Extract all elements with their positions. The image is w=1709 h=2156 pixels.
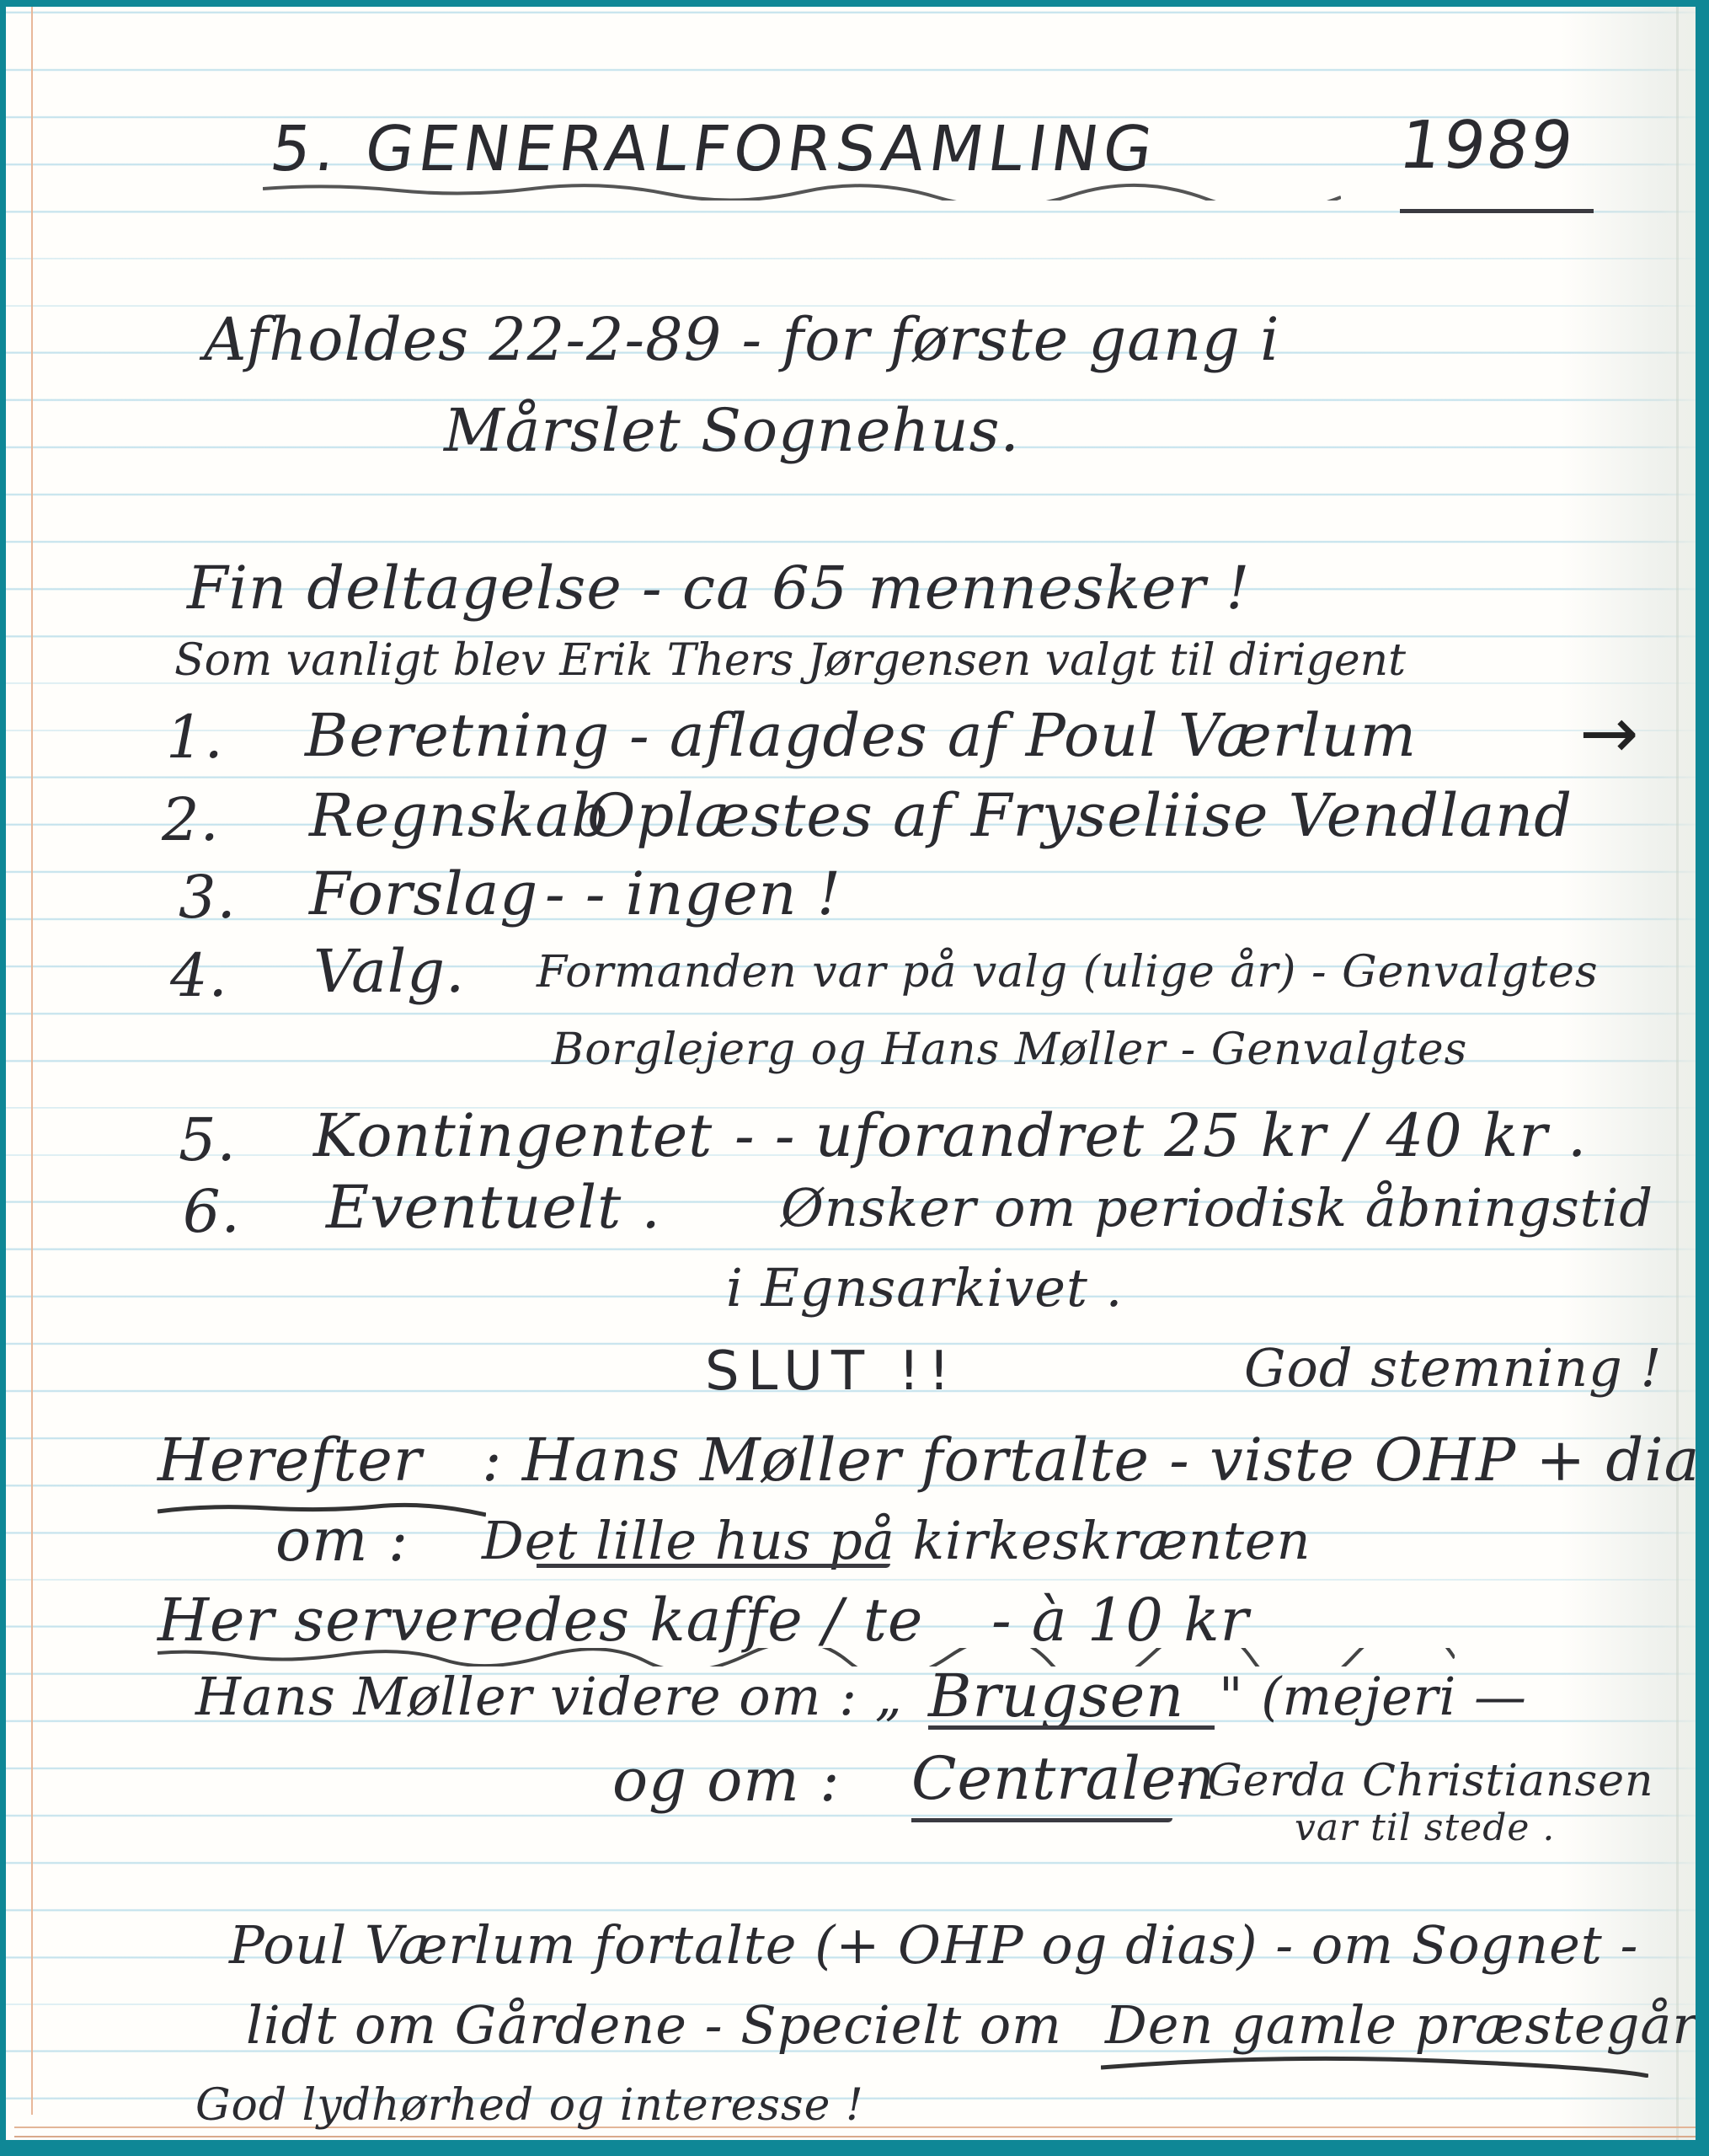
- chair-note: Som vanligt blev Erik Thers Jørgensen va…: [174, 639, 1406, 682]
- coffee-price: - à 10 kr: [991, 1591, 1249, 1650]
- agenda-number: 1.: [166, 708, 224, 767]
- intro-line-2: Mårslet Sognehus.: [444, 401, 1020, 460]
- agenda-number: 5.: [179, 1110, 237, 1169]
- arrow-right-icon: →: [1579, 698, 1638, 768]
- slut-text: SLUT !!: [705, 1345, 959, 1399]
- coffee-label: Her serveredes kaffe / te: [158, 1591, 923, 1650]
- page-binding-edge: [1676, 7, 1679, 2140]
- closing-line-2-prefix: lidt om Gårdene - Specielt om: [246, 1999, 1062, 2052]
- praestegaard-underline: [1101, 2052, 1648, 2078]
- mood-note: God stemning !: [1244, 1342, 1662, 1394]
- agenda-number: 4.: [170, 946, 228, 1005]
- agenda-text: - - uforandret 25 kr / 40 kr .: [734, 1106, 1587, 1165]
- agenda-title: Forslag: [309, 864, 538, 923]
- page-bottom-edge-under: [14, 2136, 1696, 2137]
- after-line-2-prefix: om :: [275, 1511, 409, 1570]
- agenda-text-continued: Borglejerg og Hans Møller - Genvalgtes: [552, 1028, 1467, 1072]
- agenda-text: Oplæstes af Fryseliise Vendland: [587, 786, 1573, 845]
- title-year: 1989: [1396, 113, 1578, 179]
- agenda-number: 3.: [179, 868, 237, 927]
- agenda-title: Regnskab: [309, 786, 610, 845]
- margin-line: [31, 7, 33, 2115]
- agenda-text-continued: i Egnsarkivet .: [726, 1262, 1123, 1314]
- agenda-number: 2.: [162, 790, 220, 849]
- agenda-title: Eventuelt .: [326, 1178, 661, 1237]
- title-underline: [263, 182, 1341, 201]
- after-line-1: : Hans Møller fortalte - viste OHP + dia…: [482, 1431, 1696, 1490]
- page-title: 5. GENERALFORSAMLING: [267, 118, 1162, 180]
- after-line-4-suffix: - Gerda Christiansen: [1177, 1759, 1654, 1803]
- agenda-number: 6.: [183, 1182, 241, 1241]
- attendance-note: Fin deltagelse - ca 65 mennesker !: [187, 559, 1250, 618]
- agenda-text: - - ingen !: [545, 864, 841, 923]
- closing-line-1: Poul Værlum fortalte (+ OHP og dias) - o…: [229, 1919, 1638, 1971]
- year-underline: [1400, 209, 1594, 213]
- after-line-3-suffix: " (mejeri —: [1219, 1671, 1527, 1723]
- after-line-4-topic: Centralen: [911, 1749, 1215, 1808]
- agenda-text: Formanden var på valg (ulige år) - Genva…: [537, 950, 1599, 994]
- agenda-title: Valg.: [313, 942, 465, 1001]
- notebook-page: 5. GENERALFORSAMLING 1989 Afholdes 22-2-…: [6, 7, 1696, 2140]
- intro-line-1: Afholdes 22-2-89 - for første gang i: [204, 310, 1279, 369]
- after-line-2-topic: Det lille hus på kirkeskrænten: [482, 1515, 1311, 1567]
- agenda-title: Beretning: [305, 706, 610, 765]
- herefter-label: Herefter: [158, 1431, 422, 1490]
- agenda-title: Kontingentet: [313, 1106, 713, 1165]
- after-line-4-prefix: og om :: [612, 1751, 841, 1810]
- centralen-underline: [911, 1818, 1172, 1822]
- coffee-underline: [158, 1648, 1455, 1666]
- closing-final-note: God lydhørhed og interesse !: [195, 2084, 864, 2127]
- brugsen-underline: [928, 1725, 1215, 1730]
- topic-underline: [537, 1564, 890, 1568]
- after-line-3-prefix: Hans Møller videre om : „: [195, 1671, 903, 1723]
- after-line-4-note: var til stede .: [1295, 1810, 1555, 1847]
- after-line-3-topic: Brugsen: [928, 1666, 1184, 1725]
- agenda-text: - aflagdes af Poul Værlum: [629, 706, 1417, 765]
- closing-line-2-topic: Den gamle præstegård .: [1105, 1999, 1696, 2052]
- agenda-text: Ønsker om periodisk åbningstid: [781, 1182, 1653, 1234]
